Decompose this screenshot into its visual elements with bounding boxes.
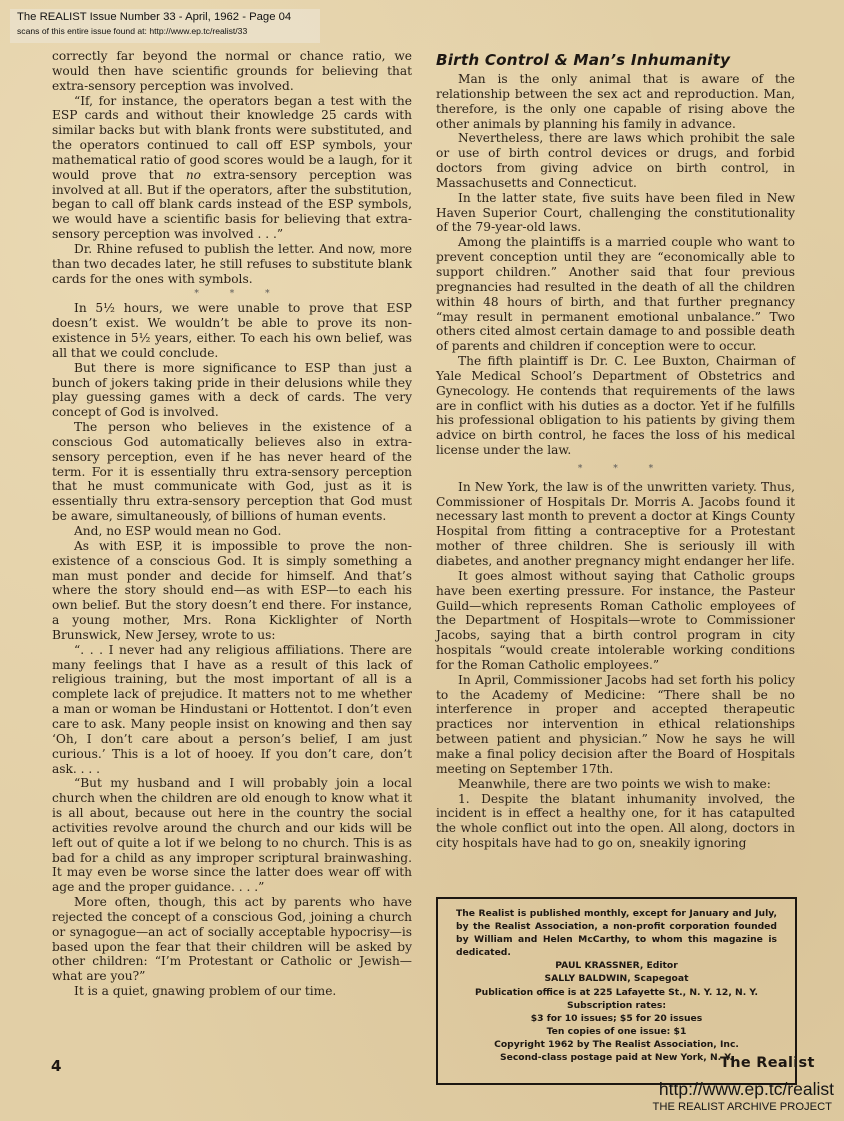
scan-header: The REALIST Issue Number 33 - April, 196… — [10, 9, 320, 43]
scan-title: The REALIST Issue Number 33 - April, 196… — [17, 10, 316, 25]
masthead-scapegoat: SALLY BALDWIN, Scapegoat — [456, 972, 777, 985]
page-number: 4 — [51, 1057, 61, 1075]
paragraph-with-emphasis: “If, for instance, the operators began a… — [52, 94, 412, 242]
masthead-office: Publication office is at 225 Lafayette S… — [456, 986, 777, 999]
paragraph: Nevertheless, there are laws which prohi… — [436, 131, 795, 190]
quote-paragraph: “But my husband and I will probably join… — [52, 776, 412, 895]
masthead-copies: Ten copies of one issue: $1 — [456, 1025, 777, 1038]
paragraph: But there is more significance to ESP th… — [52, 361, 412, 420]
paragraph: The fifth plaintiff is Dr. C. Lee Buxton… — [436, 354, 795, 458]
archive-url-link[interactable]: http://www.ep.tc/realist — [659, 1079, 834, 1100]
masthead-rates-label: Subscription rates: — [456, 999, 777, 1012]
paragraph: The person who believes in the existence… — [52, 420, 412, 524]
scan-subtitle: scans of this entire issue found at: htt… — [17, 25, 316, 37]
paragraph: More often, though, this act by parents … — [52, 895, 412, 984]
publication-name: The Realist — [720, 1055, 815, 1071]
masthead-copyright: Copyright 1962 by The Realist Associatio… — [456, 1038, 777, 1051]
emphasized-word: no — [186, 168, 201, 182]
paragraph: Meanwhile, there are two points we wish … — [436, 777, 795, 792]
paragraph: Man is the only animal that is aware of … — [436, 72, 795, 131]
masthead-intro: The Realist is published monthly, except… — [456, 907, 777, 959]
paragraph: correctly far beyond the normal or chanc… — [52, 49, 412, 94]
right-column: Birth Control & Man’s Inhumanity Man is … — [436, 51, 795, 851]
archive-project-name: THE REALIST ARCHIVE PROJECT — [653, 1101, 832, 1113]
section-separator: * * * — [52, 287, 412, 302]
quote-paragraph: “. . . I never had any religious affilia… — [52, 643, 412, 777]
paragraph: In the latter state, five suits have bee… — [436, 191, 795, 236]
left-column: correctly far beyond the normal or chanc… — [52, 49, 412, 999]
paragraph: In New York, the law is of the unwritten… — [436, 480, 795, 569]
section-separator: * * * — [436, 462, 795, 477]
paragraph: It goes almost without saying that Catho… — [436, 569, 795, 673]
masthead-rates: $3 for 10 issues; $5 for 20 issues — [456, 1012, 777, 1025]
paragraph: 1. Despite the blatant inhumanity involv… — [436, 792, 795, 851]
paragraph: In 5½ hours, we were unable to prove tha… — [52, 301, 412, 360]
paragraph: As with ESP, it is impossible to prove t… — [52, 539, 412, 643]
article-title: Birth Control & Man’s Inhumanity — [436, 51, 795, 70]
paragraph: And, no ESP would mean no God. — [52, 524, 412, 539]
masthead-editor: PAUL KRASSNER, Editor — [456, 959, 777, 972]
paragraph: Dr. Rhine refused to publish the letter.… — [52, 242, 412, 287]
paragraph: Among the plaintiffs is a married couple… — [436, 235, 795, 354]
paragraph: It is a quiet, gnawing problem of our ti… — [52, 984, 412, 999]
paragraph: In April, Commissioner Jacobs had set fo… — [436, 673, 795, 777]
